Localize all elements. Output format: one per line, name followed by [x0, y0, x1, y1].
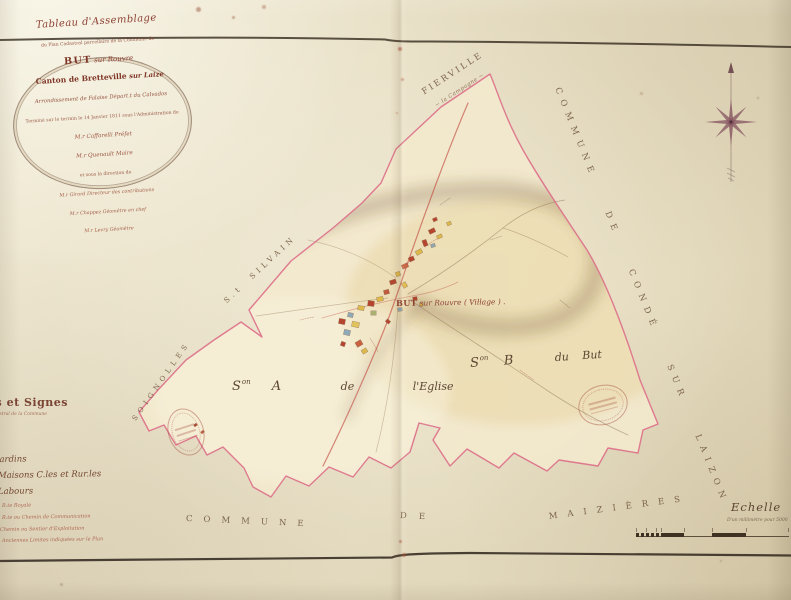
- cartouche-text-part: M.r Quenault Maire: [76, 150, 133, 159]
- cartouche-text-part: et sous la direction de: [80, 170, 132, 178]
- compass-center: [729, 120, 732, 123]
- cartouche-text-part: BUT: [64, 54, 93, 67]
- cartouche-text-part: sur Rouvre: [92, 54, 134, 65]
- compass-rose: [705, 62, 757, 182]
- compass-north-tip: [728, 62, 734, 73]
- cartouche-text-part: M.r Levry Géomètre: [84, 227, 134, 235]
- bottom-border-rule: [0, 553, 791, 561]
- title-cartouche: Tableau d'Assemblagedu Plan Cadastral pa…: [9, 52, 196, 195]
- cartouche-text-part: sur Laize: [129, 71, 164, 81]
- cartouche-text-part: M.r Caffarelli Préfet: [74, 131, 132, 140]
- cadastral-map-photo: FIERVILLE~ la Campagne ~COMMUNE DE CONDÉ…: [0, 0, 791, 600]
- cartouche-text-part: M.r Chappez Géomètre en chef: [70, 207, 146, 217]
- cartouche-text: Tableau d'Assemblagedu Plan Cadastral pa…: [12, 5, 194, 241]
